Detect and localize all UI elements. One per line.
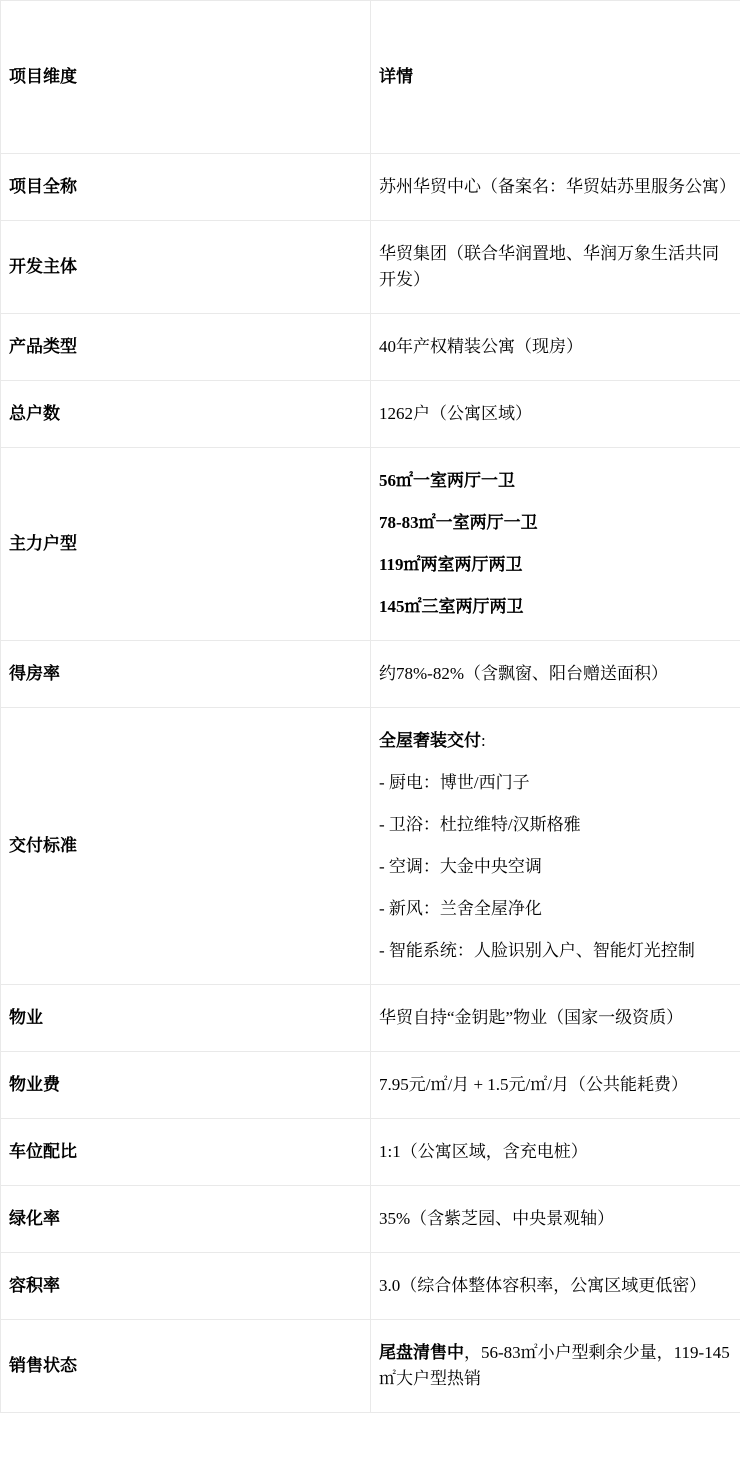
detail-paragraph: 7.95元/㎡/月 + 1.5元/㎡/月（公共能耗费） <box>379 1072 732 1098</box>
dimension-label: 车位配比 <box>1 1119 371 1186</box>
detail-value: 全屋奢装交付:- 厨电：博世/西门子- 卫浴：杜拉维特/汉斯格雅- 空调：大金中… <box>371 708 740 985</box>
detail-text: 1262户（公寓区域） <box>379 404 532 423</box>
detail-value: 7.95元/㎡/月 + 1.5元/㎡/月（公共能耗费） <box>371 1052 740 1119</box>
detail-value: 3.0（综合体整体容积率，公寓区域更低密） <box>371 1253 740 1320</box>
detail-text: 40年产权精装公寓（现房） <box>379 337 583 356</box>
table-row: 交付标准全屋奢装交付:- 厨电：博世/西门子- 卫浴：杜拉维特/汉斯格雅- 空调… <box>1 708 740 985</box>
detail-text: - 智能系统：人脸识别入户、智能灯光控制 <box>379 941 695 960</box>
dimension-label: 容积率 <box>1 1253 371 1320</box>
detail-value: 约78%-82%（含飘窗、阳台赠送面积） <box>371 641 740 708</box>
detail-value: 苏州华贸中心（备案名：华贸姑苏里服务公寓） <box>371 154 740 221</box>
detail-value: 56㎡一室两厅一卫78-83㎡一室两厅一卫119㎡两室两厅两卫145㎡三室两厅两… <box>371 448 740 641</box>
detail-text: 3.0（综合体整体容积率，公寓区域更低密） <box>379 1276 706 1295</box>
table-row: 物业费7.95元/㎡/月 + 1.5元/㎡/月（公共能耗费） <box>1 1052 740 1119</box>
detail-paragraph: - 卫浴：杜拉维特/汉斯格雅 <box>379 812 732 838</box>
table-row: 主力户型56㎡一室两厅一卫78-83㎡一室两厅一卫119㎡两室两厅两卫145㎡三… <box>1 448 740 641</box>
detail-paragraph: - 新风：兰舍全屋净化 <box>379 896 732 922</box>
detail-text: 1:1（公寓区域，含充电桩） <box>379 1142 588 1161</box>
detail-text-bold: 119㎡两室两厅两卫 <box>379 555 523 574</box>
dimension-label: 销售状态 <box>1 1320 371 1413</box>
detail-text-bold: 尾盘清售中 <box>379 1343 464 1362</box>
detail-paragraph: 119㎡两室两厅两卫 <box>379 552 732 578</box>
detail-paragraph: 华贸集团（联合华润置地、华润万象生活共同开发） <box>379 241 732 293</box>
detail-text: - 新风：兰舍全屋净化 <box>379 899 542 918</box>
detail-text: 华贸自持“金钥匙”物业（国家一级资质） <box>379 1008 683 1027</box>
dimension-label: 交付标准 <box>1 708 371 985</box>
dimension-label: 产品类型 <box>1 314 371 381</box>
table-row: 产品类型40年产权精装公寓（现房） <box>1 314 740 381</box>
detail-paragraph: 尾盘清售中，56-83㎡小户型剩余少量，119-145㎡大户型热销 <box>379 1340 732 1392</box>
table-row: 得房率约78%-82%（含飘窗、阳台赠送面积） <box>1 641 740 708</box>
table-row: 销售状态尾盘清售中，56-83㎡小户型剩余少量，119-145㎡大户型热销 <box>1 1320 740 1413</box>
detail-value: 1:1（公寓区域，含充电桩） <box>371 1119 740 1186</box>
detail-paragraph: 35%（含紫芝园、中央景观轴） <box>379 1206 732 1232</box>
detail-text: 7.95元/㎡/月 + 1.5元/㎡/月（公共能耗费） <box>379 1075 688 1094</box>
detail-paragraph: 全屋奢装交付: <box>379 728 732 754</box>
detail-value: 35%（含紫芝园、中央景观轴） <box>371 1186 740 1253</box>
detail-paragraph: - 空调：大金中央空调 <box>379 854 732 880</box>
dimension-label: 绿化率 <box>1 1186 371 1253</box>
project-info-page: 项目维度 详情 项目全称苏州华贸中心（备案名：华贸姑苏里服务公寓）开发主体华贸集… <box>0 0 740 1413</box>
detail-paragraph: - 智能系统：人脸识别入户、智能灯光控制 <box>379 938 732 964</box>
dimension-label: 开发主体 <box>1 221 371 314</box>
table-row: 车位配比1:1（公寓区域，含充电桩） <box>1 1119 740 1186</box>
detail-text-bold: 56㎡一室两厅一卫 <box>379 471 515 490</box>
project-info-table: 项目维度 详情 项目全称苏州华贸中心（备案名：华贸姑苏里服务公寓）开发主体华贸集… <box>0 0 740 1413</box>
detail-text: 华贸集团（联合华润置地、华润万象生活共同开发） <box>379 244 719 289</box>
table-row: 总户数1262户（公寓区域） <box>1 381 740 448</box>
column-header-detail: 详情 <box>371 1 740 154</box>
dimension-label: 物业 <box>1 985 371 1052</box>
detail-paragraph: 1:1（公寓区域，含充电桩） <box>379 1139 732 1165</box>
table-row: 项目全称苏州华贸中心（备案名：华贸姑苏里服务公寓） <box>1 154 740 221</box>
dimension-label: 得房率 <box>1 641 371 708</box>
dimension-label: 总户数 <box>1 381 371 448</box>
detail-text: 苏州华贸中心（备案名：华贸姑苏里服务公寓） <box>379 177 736 196</box>
detail-text-bold: 78-83㎡一室两厅一卫 <box>379 513 538 532</box>
detail-paragraph: 华贸自持“金钥匙”物业（国家一级资质） <box>379 1005 732 1031</box>
detail-paragraph: 约78%-82%（含飘窗、阳台赠送面积） <box>379 661 732 687</box>
header-row: 项目维度 详情 <box>1 1 740 154</box>
dimension-label: 项目全称 <box>1 154 371 221</box>
detail-paragraph: - 厨电：博世/西门子 <box>379 770 732 796</box>
detail-text: - 空调：大金中央空调 <box>379 857 542 876</box>
dimension-label: 物业费 <box>1 1052 371 1119</box>
table-row: 物业华贸自持“金钥匙”物业（国家一级资质） <box>1 985 740 1052</box>
detail-paragraph: 3.0（综合体整体容积率，公寓区域更低密） <box>379 1273 732 1299</box>
detail-text: 约78%-82%（含飘窗、阳台赠送面积） <box>379 664 668 683</box>
table-row: 容积率3.0（综合体整体容积率，公寓区域更低密） <box>1 1253 740 1320</box>
detail-text-bold: 145㎡三室两厅两卫 <box>379 597 524 616</box>
detail-value: 1262户（公寓区域） <box>371 381 740 448</box>
detail-text: - 卫浴：杜拉维特/汉斯格雅 <box>379 815 581 834</box>
table-row: 绿化率35%（含紫芝园、中央景观轴） <box>1 1186 740 1253</box>
detail-paragraph: 1262户（公寓区域） <box>379 401 732 427</box>
detail-paragraph: 145㎡三室两厅两卫 <box>379 594 732 620</box>
detail-paragraph: 56㎡一室两厅一卫 <box>379 468 732 494</box>
detail-text: : <box>481 731 486 750</box>
detail-value: 尾盘清售中，56-83㎡小户型剩余少量，119-145㎡大户型热销 <box>371 1320 740 1413</box>
table-row: 开发主体华贸集团（联合华润置地、华润万象生活共同开发） <box>1 221 740 314</box>
detail-text-bold: 全屋奢装交付 <box>379 731 481 750</box>
detail-value: 40年产权精装公寓（现房） <box>371 314 740 381</box>
detail-text: - 厨电：博世/西门子 <box>379 773 530 792</box>
detail-paragraph: 苏州华贸中心（备案名：华贸姑苏里服务公寓） <box>379 174 732 200</box>
detail-value: 华贸自持“金钥匙”物业（国家一级资质） <box>371 985 740 1052</box>
column-header-dimension: 项目维度 <box>1 1 371 154</box>
detail-text: 35%（含紫芝园、中央景观轴） <box>379 1209 614 1228</box>
detail-paragraph: 78-83㎡一室两厅一卫 <box>379 510 732 536</box>
detail-value: 华贸集团（联合华润置地、华润万象生活共同开发） <box>371 221 740 314</box>
detail-paragraph: 40年产权精装公寓（现房） <box>379 334 732 360</box>
dimension-label: 主力户型 <box>1 448 371 641</box>
table-body: 项目全称苏州华贸中心（备案名：华贸姑苏里服务公寓）开发主体华贸集团（联合华润置地… <box>1 154 740 1413</box>
